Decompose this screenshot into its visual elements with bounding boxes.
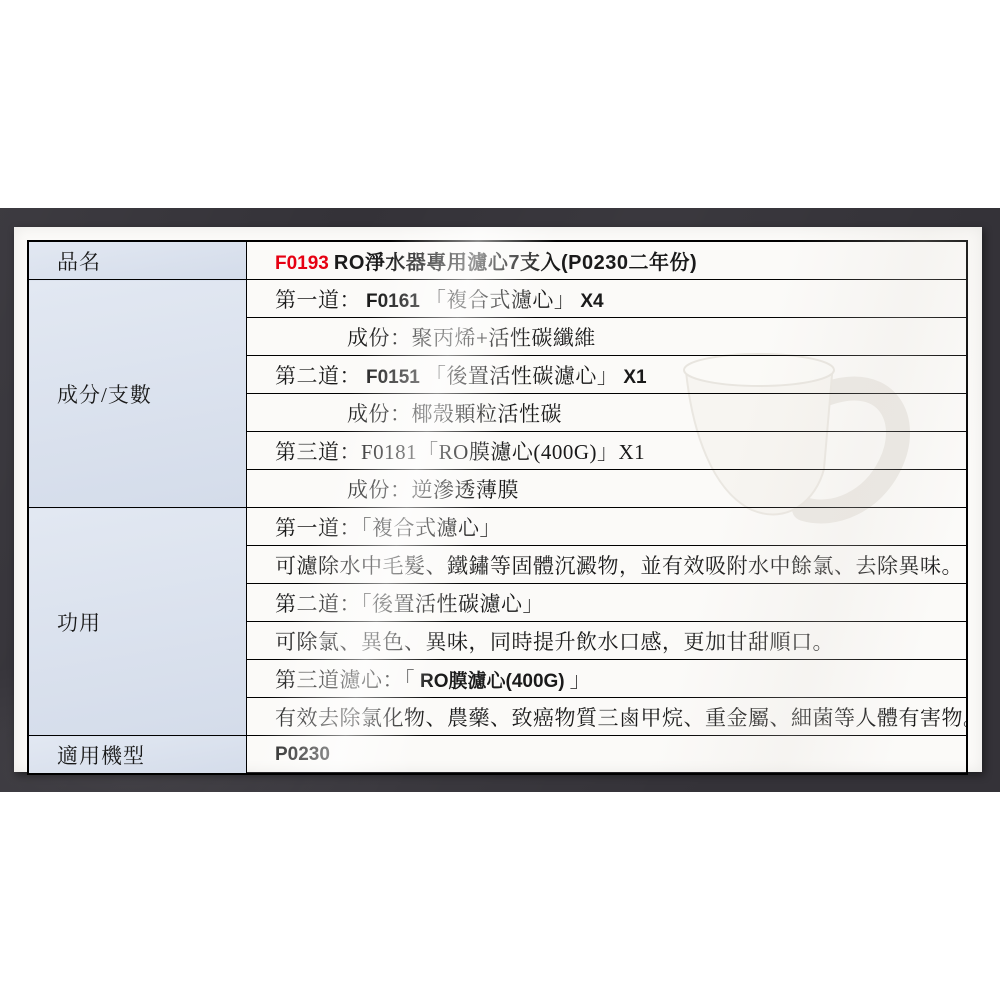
content-panel: 品名 F0193RO淨水器專用濾心7支入(P0230二年份) 成分/支數 第一道… <box>14 227 982 772</box>
function-stage3-desc-text: 有效去除氯化物、農藥、致癌物質三鹵甲烷、重金屬、細菌等人體有害物。 <box>275 706 967 730</box>
function-stage3-desc: 有效去除氯化物、農藥、致癌物質三鹵甲烷、重金屬、細菌等人體有害物。 <box>247 698 968 736</box>
stage2-qty-text: X1 <box>623 367 646 388</box>
product-title-text: RO淨水器專用濾心7支入(P0230二年份) <box>334 252 697 274</box>
component-stage3-value: 第三道：F0181「RO膜濾心(400G)」X1 <box>247 432 968 470</box>
stage3-material-text: 成份：逆滲透薄膜 <box>347 478 519 502</box>
model-code-text: P0230 <box>275 744 330 765</box>
function-row-1: 功用 第一道：「複合式濾心」 <box>28 508 967 546</box>
component-stage1-material: 成份：聚丙烯+活性碳纖維 <box>247 318 968 356</box>
product-name-label: 品名 <box>28 241 247 280</box>
function-stage2-desc-text: 可除氯、異色、異味，同時提升飲水口感，更加甘甜順口。 <box>275 630 834 654</box>
stage2-code-text: F0151 <box>366 367 420 388</box>
product-code-text: F0193 <box>275 253 329 274</box>
function-stage2-desc: 可除氯、異色、異味，同時提升飲水口感，更加甘甜順口。 <box>247 622 968 660</box>
model-value: P0230 <box>247 736 968 775</box>
stage1-code-text: F0161 <box>366 291 420 312</box>
stage1-title-text: 「複合式濾心」 <box>425 288 576 312</box>
product-name-value: F0193RO淨水器專用濾心7支入(P0230二年份) <box>247 241 968 280</box>
component-row-1: 成分/支數 第一道：F0161「複合式濾心」X4 <box>28 280 967 318</box>
function-stage2-title: 第二道：「後置活性碳濾心」 <box>247 584 968 622</box>
stage2-material-text: 成份：椰殼顆粒活性碳 <box>347 402 562 426</box>
stage1-prefix-text: 第一道： <box>275 288 361 312</box>
component-stage2-material: 成份：椰殼顆粒活性碳 <box>247 394 968 432</box>
component-stage3-material: 成份：逆滲透薄膜 <box>247 470 968 508</box>
model-row: 適用機型 P0230 <box>28 736 967 775</box>
stage2-title-text: 「後置活性碳濾心」 <box>425 364 619 388</box>
functions-label: 功用 <box>28 508 247 736</box>
function-stage1-title-text: 第一道：「複合式濾心」 <box>275 516 501 540</box>
component-stage2-value: 第二道：F0151「後置活性碳濾心」X1 <box>247 356 968 394</box>
product-name-row: 品名 F0193RO淨水器專用濾心7支入(P0230二年份) <box>28 241 967 280</box>
function-stage3-title: 第三道濾心：「RO膜濾心(400G)」 <box>247 660 968 698</box>
function-stage3-prefix-text: 第三道濾心：「 <box>275 668 415 692</box>
function-stage1-desc: 可濾除水中毛髮、鐵鏽等固體沉澱物，並有效吸附水中餘氯、去除異味。 <box>247 546 968 584</box>
function-stage1-desc-text: 可濾除水中毛髮、鐵鏽等固體沉澱物，並有效吸附水中餘氯、去除異味。 <box>275 554 963 578</box>
stage1-material-text: 成份：聚丙烯+活性碳纖維 <box>347 326 596 350</box>
component-stage1-value: 第一道：F0161「複合式濾心」X4 <box>247 280 968 318</box>
spec-table: 品名 F0193RO淨水器專用濾心7支入(P0230二年份) 成分/支數 第一道… <box>27 240 968 775</box>
stage1-qty-text: X4 <box>580 291 603 312</box>
models-label: 適用機型 <box>28 736 247 775</box>
function-stage1-title: 第一道：「複合式濾心」 <box>247 508 968 546</box>
function-stage2-title-text: 第二道：「後置活性碳濾心」 <box>275 592 544 616</box>
stage2-prefix-text: 第二道： <box>275 364 361 388</box>
function-stage3-code-text: RO膜濾心(400G) <box>420 671 565 692</box>
function-stage3-suffix-text: 」 <box>570 668 592 692</box>
components-label: 成分/支數 <box>28 280 247 508</box>
stage3-line-text: 第三道：F0181「RO膜濾心(400G)」X1 <box>275 440 645 464</box>
